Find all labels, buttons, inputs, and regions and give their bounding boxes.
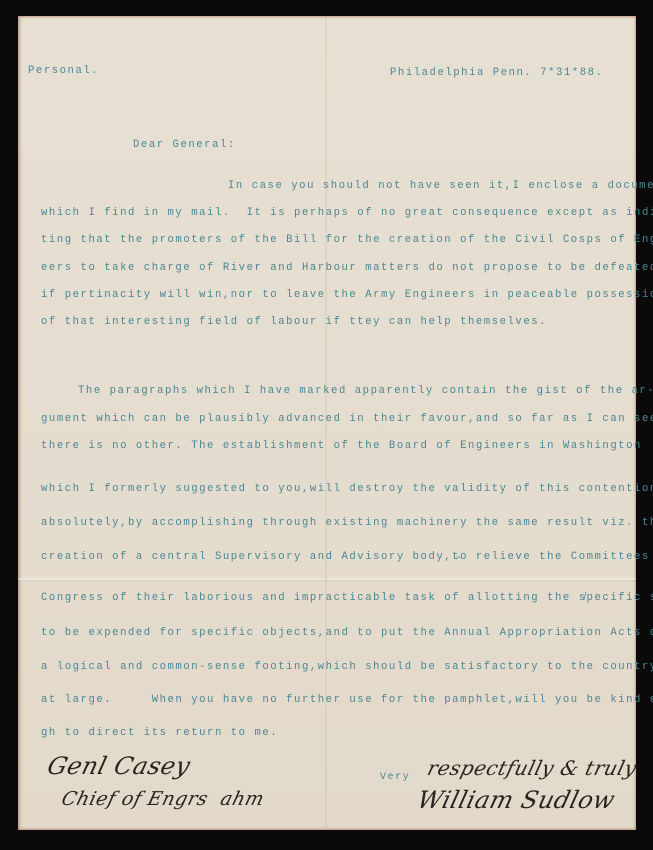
body-line: The paragraphs which I have marked appar… bbox=[78, 386, 653, 397]
handwritten-annotation-line-1: Genl Casey bbox=[45, 752, 194, 780]
body-line: eers to take charge of River and Harbour… bbox=[41, 263, 653, 274]
body-line: at large. When you have no further use f… bbox=[41, 695, 653, 706]
signature: William Sudlow bbox=[415, 786, 619, 814]
body-line: absolutely,by accomplishing through exis… bbox=[41, 518, 653, 529]
handwritten-closing: respectfully & truly bbox=[425, 756, 640, 780]
letter-page: Personal. Philadelphia Penn. 7*31*88. De… bbox=[18, 16, 636, 830]
body-line: if pertinacity will win,nor to leave the… bbox=[41, 290, 653, 301]
body-line: In case you should not have seen it,I en… bbox=[228, 181, 653, 192]
horizontal-fold-line bbox=[18, 578, 636, 580]
body-line: Congress of their laborious and impracti… bbox=[41, 593, 653, 604]
body-line: which I find in my mail. It is perhaps o… bbox=[41, 208, 653, 219]
body-line: ting that the promoters of the Bill for … bbox=[41, 235, 653, 246]
body-line: there is no other. The establishment of … bbox=[41, 441, 642, 452]
body-line: gh to direct its return to me. bbox=[41, 728, 278, 739]
body-line: which I formerly suggested to you,will d… bbox=[41, 484, 653, 495]
body-line: gument which can be plausibly advanced i… bbox=[41, 414, 653, 425]
personal-label: Personal. bbox=[28, 66, 99, 77]
closing-typed-very: Very bbox=[380, 773, 410, 783]
body-line: to be expended for specific objects,and … bbox=[41, 628, 653, 639]
body-line: creation of a central Supervisory and Ad… bbox=[41, 552, 653, 563]
place-date-line: Philadelphia Penn. 7*31*88. bbox=[390, 68, 604, 79]
body-line: a logical and common-sense footing,which… bbox=[41, 662, 653, 673]
body-line: of that interesting field of labour if t… bbox=[41, 317, 547, 328]
handwritten-annotation-line-2: Chief of Engrs ahm bbox=[59, 788, 266, 810]
salutation: Dear General: bbox=[133, 140, 236, 151]
